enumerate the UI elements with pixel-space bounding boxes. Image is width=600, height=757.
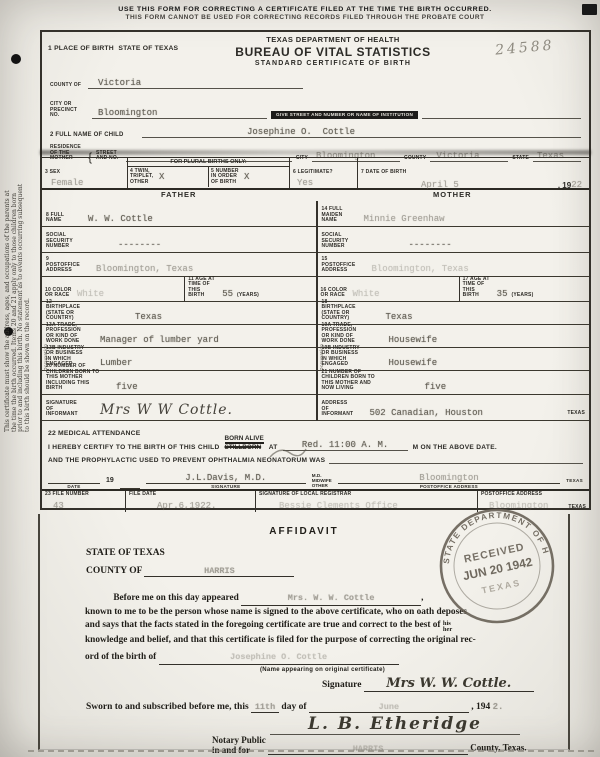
certify-suffix: M ON THE ABOVE DATE.	[413, 444, 497, 451]
prophylactic-text: AND THE PROPHYLACTIC USED TO PREVENT OPH…	[48, 457, 325, 464]
sworn-year-typed: 2.	[493, 702, 504, 712]
affidavit-line3: and says that the facts stated in the fo…	[85, 620, 441, 630]
father-industry-value: Lumber	[100, 358, 132, 368]
father-address-value: Bloomington, Texas	[96, 264, 193, 274]
appeared-name-blank: Mrs. W. W. Cottle	[241, 592, 421, 606]
mother-birthplace-value: Texas	[386, 312, 413, 322]
certify-line: I HEREBY CERTIFY TO THE BIRTH OF THIS CH…	[48, 435, 583, 451]
informant-signature-value: Mrs W W Cottle.	[100, 402, 233, 418]
file-date-value: Apr.6,1922.	[157, 501, 216, 511]
father-age-suffix: (YEARS)	[237, 293, 259, 299]
mother-trade-label: 19A TRADE, PROFESSION OR KIND OF WORK DO…	[322, 323, 364, 345]
dept-line-2: BUREAU OF VITAL STATISTICS	[198, 45, 468, 59]
mother-name-value: Minnie Greenhaw	[364, 214, 445, 224]
mother-section-label: MOTHER	[316, 190, 590, 201]
margin-note-line: to this birth should be shown on the rec…	[25, 52, 32, 432]
mother-industry-value: Housewife	[389, 358, 438, 368]
handwritten-certificate-number: 24588	[466, 30, 584, 80]
affidavit-line5-prefix: ord of the birth of	[85, 652, 156, 662]
informant-signature-label: SIGNATURE OF INFORMANT	[46, 401, 80, 418]
father-birthplace-value: Texas	[135, 312, 162, 322]
legitimate-label: 6 LEGITIMATE?	[293, 170, 333, 176]
informant-address-value: 502 Canadian, Houston	[370, 408, 483, 418]
sex-cell: 3 SEX Female	[42, 158, 128, 188]
county-row: COUNTY OF Victoria	[50, 78, 581, 89]
sworn-row: Sworn to and subscribed before me, this …	[86, 702, 554, 713]
sworn-prefix: Sworn to and subscribed before me, this	[86, 702, 249, 712]
time-blank: Red. 11:00 A. M.	[283, 440, 408, 451]
dob-year-printed: , 19	[558, 181, 571, 190]
father-trade-label: 13A TRADE, PROFESSION OR KIND OF WORK DO…	[46, 323, 88, 345]
physician-signature-value: J.L.Davis, M.D.	[185, 473, 266, 483]
city-label: CITY OR PRECINCT NO.	[50, 102, 88, 119]
father-race-label: 10 COLOR OR RACE	[45, 288, 73, 299]
mother-occupation-side-label: Occupation	[319, 344, 324, 371]
mother-race-label: 16 COLOR OR RACE	[321, 288, 349, 299]
file-number-value: 43	[53, 501, 64, 511]
legitimate-value: Yes	[293, 178, 354, 188]
registrar-signature-value: Bessie Clements Office	[279, 501, 398, 511]
sex-value: Female	[45, 178, 124, 188]
father-occupation-side-label: Occupation	[43, 344, 48, 371]
city-blank: Bloomington	[92, 108, 267, 119]
prophylactic-blank	[329, 463, 583, 464]
birth-name-value: Josephine O. Cottle	[230, 652, 327, 662]
notary-row: Notary Public in and for HARRIS County, …	[212, 736, 527, 755]
affidavit-county-line: COUNTY OF HARRIS	[86, 566, 294, 577]
signature-blank: Mrs W. W. Cottle.	[364, 676, 534, 692]
father-children-value: five	[116, 382, 138, 392]
affiant-signature-value: Mrs W. W. Cottle.	[386, 676, 511, 691]
physician-state-suffix: TEXAS	[566, 478, 583, 489]
certify-prefix: I HEREBY CERTIFY TO THE BIRTH OF THIS CH…	[48, 444, 220, 451]
affidavit-county-label: COUNTY OF	[86, 566, 142, 576]
bottom-dashed-line	[28, 750, 594, 752]
sworn-month-blank: June	[309, 702, 469, 713]
prophylactic-line: AND THE PROPHYLACTIC USED TO PREVENT OPH…	[48, 457, 583, 464]
mother-children-value: five	[425, 382, 447, 392]
dob-year-typed: 22	[571, 180, 582, 190]
registrar-state-suffix: TEXAS	[568, 505, 586, 511]
attendant-type-stack: M.D. MIDWIFE OTHER	[312, 473, 332, 489]
sworn-day-value: 11th	[255, 702, 275, 712]
mother-industry-label: 19B INDUSTRY OR BUSINESS IN WHICH ENGAGE…	[322, 346, 364, 368]
date-of-birth-cell: 7 DATE OF BIRTH April 5 , 19 22	[358, 158, 589, 188]
mother-name-label: 14 FULL MAIDEN NAME	[322, 207, 352, 224]
father-section-label: FATHER	[42, 190, 316, 201]
legitimate-cell: 6 LEGITIMATE? Yes	[290, 158, 358, 188]
parents-section: FATHER MOTHER Occupation 8 FULL NAME W. …	[42, 190, 589, 421]
time-value: Red. 11:00 A. M.	[302, 440, 388, 450]
father-ssn-label: SOCIAL SECURITY NUMBER	[46, 233, 78, 250]
father-ssn-value: --------	[118, 240, 161, 250]
county-blank: Victoria	[88, 78, 303, 89]
dept-line-1: TEXAS DEPARTMENT OF HEALTH	[198, 35, 468, 44]
top-notice: USE THIS FORM FOR CORRECTING A CERTIFICA…	[40, 6, 570, 21]
father-trade-value: Manager of lumber yard	[100, 335, 219, 345]
notary-signature-value: L. B. Etheridge	[308, 714, 482, 734]
city-value: Bloomington	[98, 108, 157, 118]
signature-row: Signature Mrs W. W. Cottle.	[322, 676, 534, 692]
stamp-state-text: TEXAS	[481, 577, 522, 595]
father-age-value: 55	[222, 289, 233, 299]
street-number-note: GIVE STREET AND NUMBER OR NAME OF INSTIT…	[271, 111, 418, 119]
year-printed: 19	[106, 477, 114, 489]
other-label: OTHER	[312, 483, 332, 488]
physician-row: DATE 19 J.L.Davis, M.D. SIGNATURE M.D. M…	[48, 470, 583, 489]
mother-address-label: 15 POSTOFFICE ADDRESS	[322, 257, 360, 274]
county-value: Victoria	[98, 78, 141, 88]
sworn-mid: day of	[281, 702, 306, 712]
child-name-value: Josephine O. Cottle	[247, 127, 355, 137]
affidavit-line4: knowledge and belief, and that this cert…	[85, 634, 550, 647]
dob-value: April 5	[421, 180, 459, 190]
mother-trade-value: Housewife	[389, 335, 438, 345]
child-name-blank: Josephine O. Cottle	[142, 127, 581, 138]
scan-smudge	[40, 150, 591, 155]
mother-ssn-label: SOCIAL SECURITY NUMBER	[322, 233, 354, 250]
scanned-birth-certificate: USE THIS FORM FOR CORRECTING A CERTIFICA…	[0, 0, 600, 757]
sworn-month-value: June	[379, 702, 399, 712]
plural-births-cell: FOR PLURAL BIRTHS ONLY: 4 TWIN, TRIPLET,…	[128, 158, 290, 188]
mother-ssn-value: --------	[409, 240, 452, 250]
sworn-day-blank: 11th	[251, 702, 279, 713]
born-alive-stillborn: BORN ALIVE STILLBORN	[225, 435, 264, 451]
mother-column: Occupation 14 FULL MAIDEN NAME Minnie Gr…	[316, 201, 590, 421]
informant-address-state: TEXAS	[567, 411, 585, 418]
mother-birthplace-label: 18 BIRTHPLACE (STATE OR COUNTRY)	[322, 300, 356, 322]
affidavit-county-blank: HARRIS	[144, 566, 294, 577]
affidavit-line1-suffix: ,	[421, 593, 423, 603]
father-race-value: White	[77, 289, 104, 299]
child-name-label: 2 FULL NAME OF CHILD	[50, 132, 138, 138]
dob-label: 7 DATE OF BIRTH	[361, 170, 406, 176]
sex-label: 3 SEX	[45, 170, 60, 176]
city-row: CITY OR PRECINCT NO. Bloomington GIVE ST…	[50, 102, 581, 119]
stillborn-struck-label: STILLBORN	[225, 444, 264, 451]
plural-header: FOR PLURAL BIRTHS ONLY:	[128, 159, 289, 167]
mother-age-suffix: (YEARS)	[511, 293, 533, 299]
mother-children-label: 21 NUMBER OF CHILDREN BORN TO THIS MOTHE…	[322, 370, 380, 392]
child-name-row: 2 FULL NAME OF CHILD Josephine O. Cottle	[50, 127, 581, 138]
notice-line-1: USE THIS FORM FOR CORRECTING A CERTIFICA…	[40, 6, 570, 13]
father-name-value: W. W. Cottle	[88, 214, 153, 224]
place-of-birth-label: 1 PLACE OF BIRTH	[48, 45, 114, 52]
affidavit-state-line: STATE OF TEXAS	[86, 548, 165, 558]
affidavit-line1-prefix: Before me on this day appeared	[113, 593, 238, 603]
born-alive-label: BORN ALIVE	[225, 435, 264, 444]
at-label: AT	[269, 444, 278, 451]
order-label: 5 NUMBER IN ORDER OF BIRTH	[211, 169, 241, 186]
notary-label-1: Notary Public	[212, 735, 266, 745]
state-of-texas-label: STATE OF TEXAS	[118, 45, 178, 52]
order-value: X	[244, 172, 249, 182]
original-name-caption: (Name appearing on original certificate)	[260, 667, 385, 673]
mother-age-value: 35	[497, 289, 508, 299]
appeared-name-value: Mrs. W. W. Cottle	[288, 593, 375, 603]
certificate-header: 1 PLACE OF BIRTH STATE OF TEXAS TEXAS DE…	[48, 35, 583, 75]
mother-age-label: 17 AGE AT TIME OF THIS BIRTH	[463, 277, 493, 299]
sworn-year-printed: , 194	[471, 702, 490, 712]
rotated-margin-note: This certificate must show the address, …	[5, 52, 31, 432]
father-column: Occupation 8 FULL NAME W. W. Cottle SOCI…	[42, 201, 316, 421]
father-birthplace-label: 12 BIRTHPLACE (STATE OR COUNTRY)	[46, 300, 80, 322]
notary-county-value: HARRIS	[353, 744, 384, 754]
received-stamp: STATE DEPARTMENT OF HEALTH RECEIVED JUN …	[426, 495, 568, 637]
father-age-label: 11 AGE AT TIME OF THIS BIRTH	[188, 277, 218, 299]
twin-label: 4 TWIN, TRIPLET, OTHER	[130, 169, 156, 186]
notary-signature-blank: L. B. Etheridge	[270, 714, 520, 735]
birth-details-row: 3 SEX Female FOR PLURAL BIRTHS ONLY: 4 T…	[42, 157, 589, 190]
dept-line-3: STANDARD CERTIFICATE OF BIRTH	[198, 60, 468, 67]
city-extra-blank	[422, 118, 581, 119]
affidavit-county-value: HARRIS	[204, 566, 235, 576]
birth-name-blank: Josephine O. Cottle	[159, 651, 399, 665]
physician-po-value: Bloomington	[419, 473, 478, 483]
twin-value: X	[159, 172, 164, 182]
signature-label: Signature	[322, 680, 361, 690]
medical-attendance-band: 22 MEDICAL ATTENDANCE	[42, 421, 589, 433]
scan-artifact-blob	[582, 4, 597, 15]
father-children-label: 20 NUMBER OF CHILDREN BORN TO THIS MOTHE…	[46, 364, 104, 392]
father-address-label: 9 POSTOFFICE ADDRESS	[46, 257, 84, 274]
father-name-label: 8 FULL NAME	[46, 213, 76, 224]
notary-signature-row: L. B. Etheridge	[270, 714, 520, 735]
notice-line-2: THIS FORM CANNOT BE USED FOR CORRECTING …	[40, 14, 570, 21]
county-label: COUNTY OF	[50, 83, 84, 89]
certificate-form: 1 PLACE OF BIRTH STATE OF TEXAS TEXAS DE…	[40, 30, 591, 510]
notary-labels: Notary Public in and for	[212, 736, 266, 755]
mother-address-value: Bloomington, Texas	[372, 264, 469, 274]
informant-address-label: ADDRESS OF INFORMANT	[322, 401, 352, 418]
mother-race-value: White	[353, 289, 380, 299]
